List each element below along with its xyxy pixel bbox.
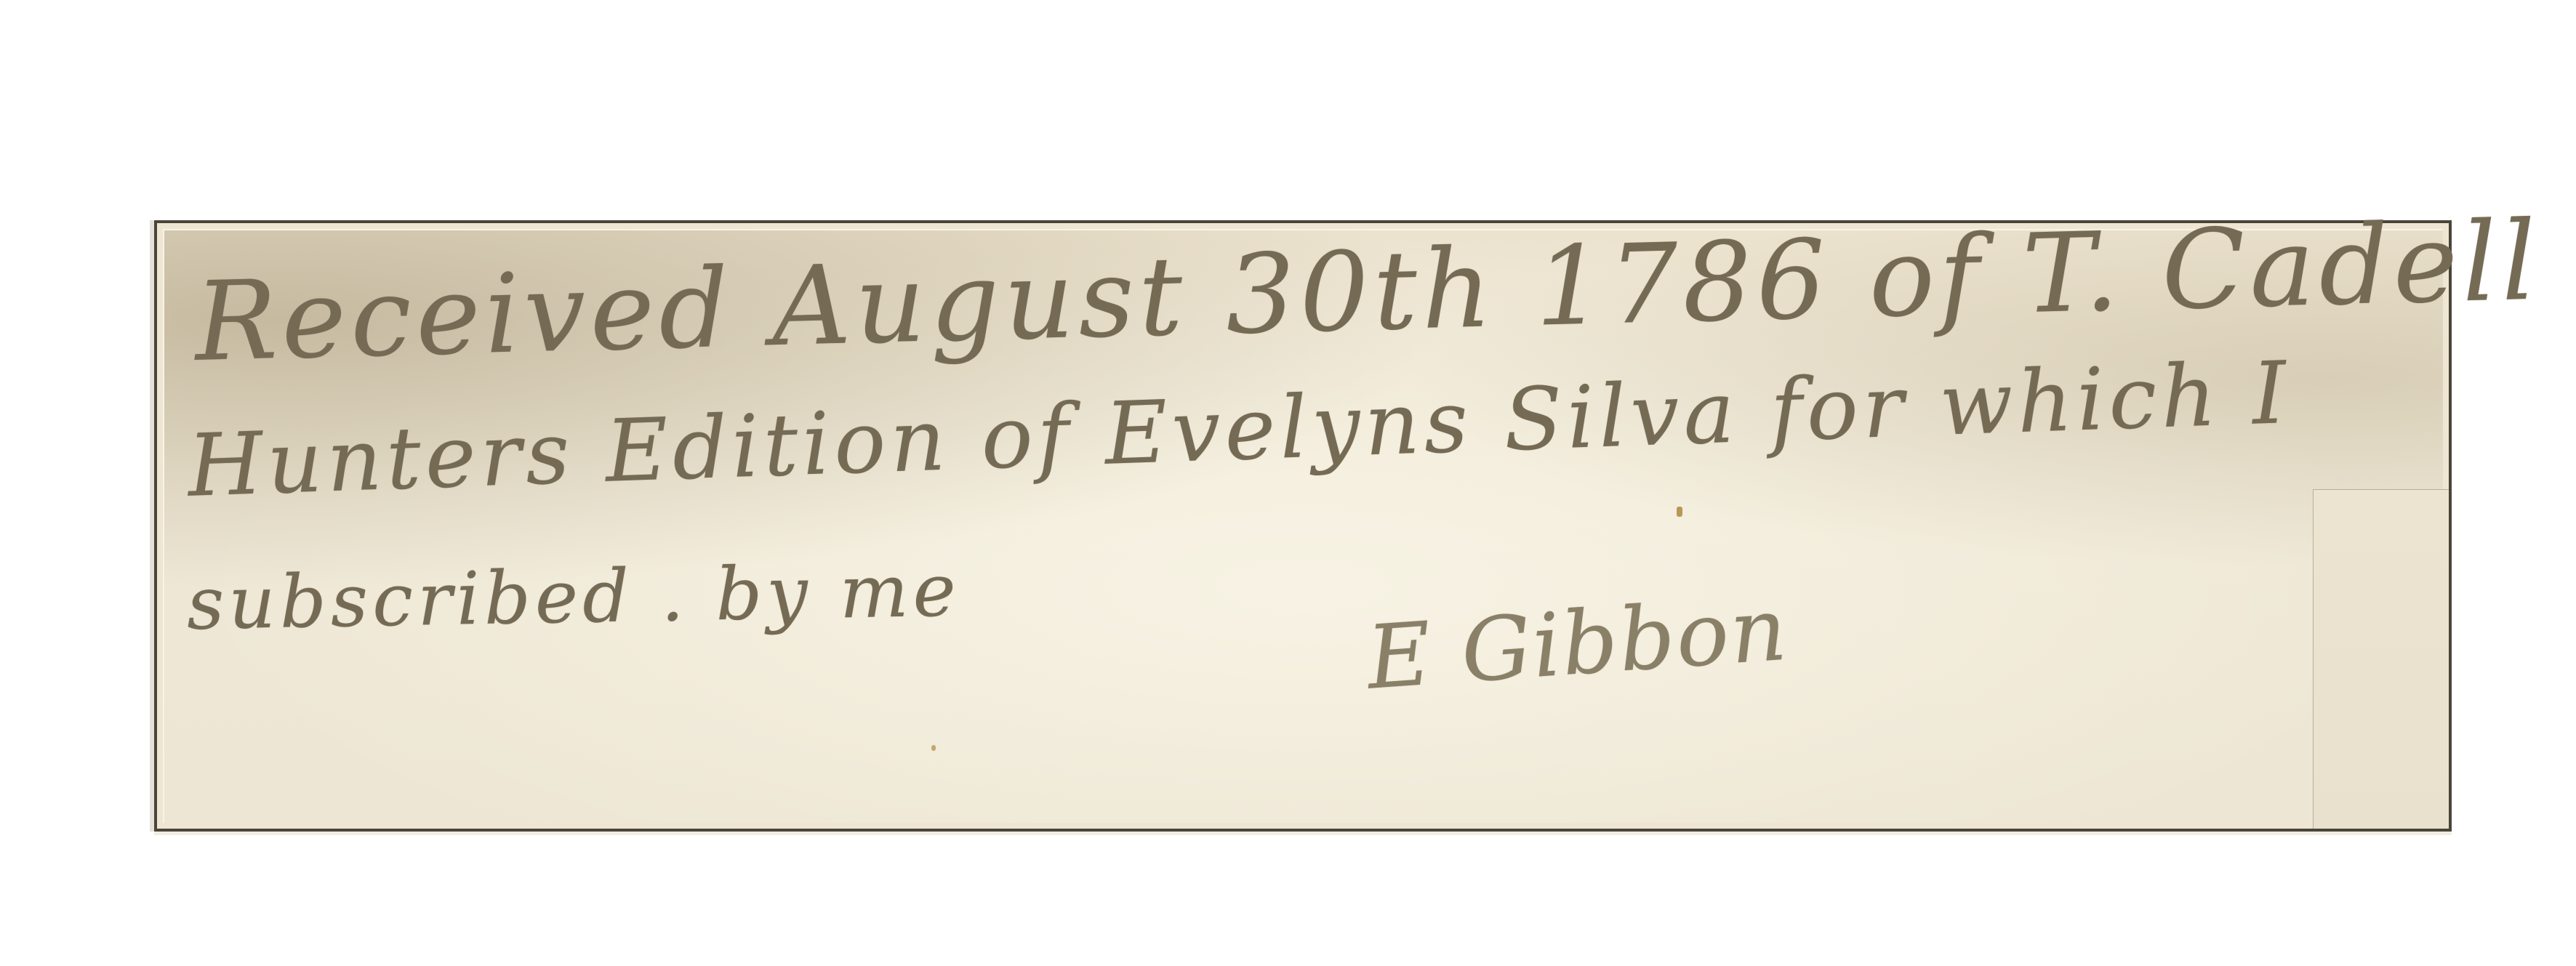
ink-stain — [1677, 507, 1682, 517]
ink-stain — [931, 745, 936, 751]
signature: E Gibbon — [1364, 579, 1791, 709]
receipt-line-3: subscribed . by me — [186, 547, 961, 646]
receipt-document: Received August 30th 1786 of T. Cadell D… — [154, 220, 2452, 832]
paper-patch — [2313, 489, 2449, 829]
paper-surface: Received August 30th 1786 of T. Cadell D… — [163, 229, 2443, 823]
